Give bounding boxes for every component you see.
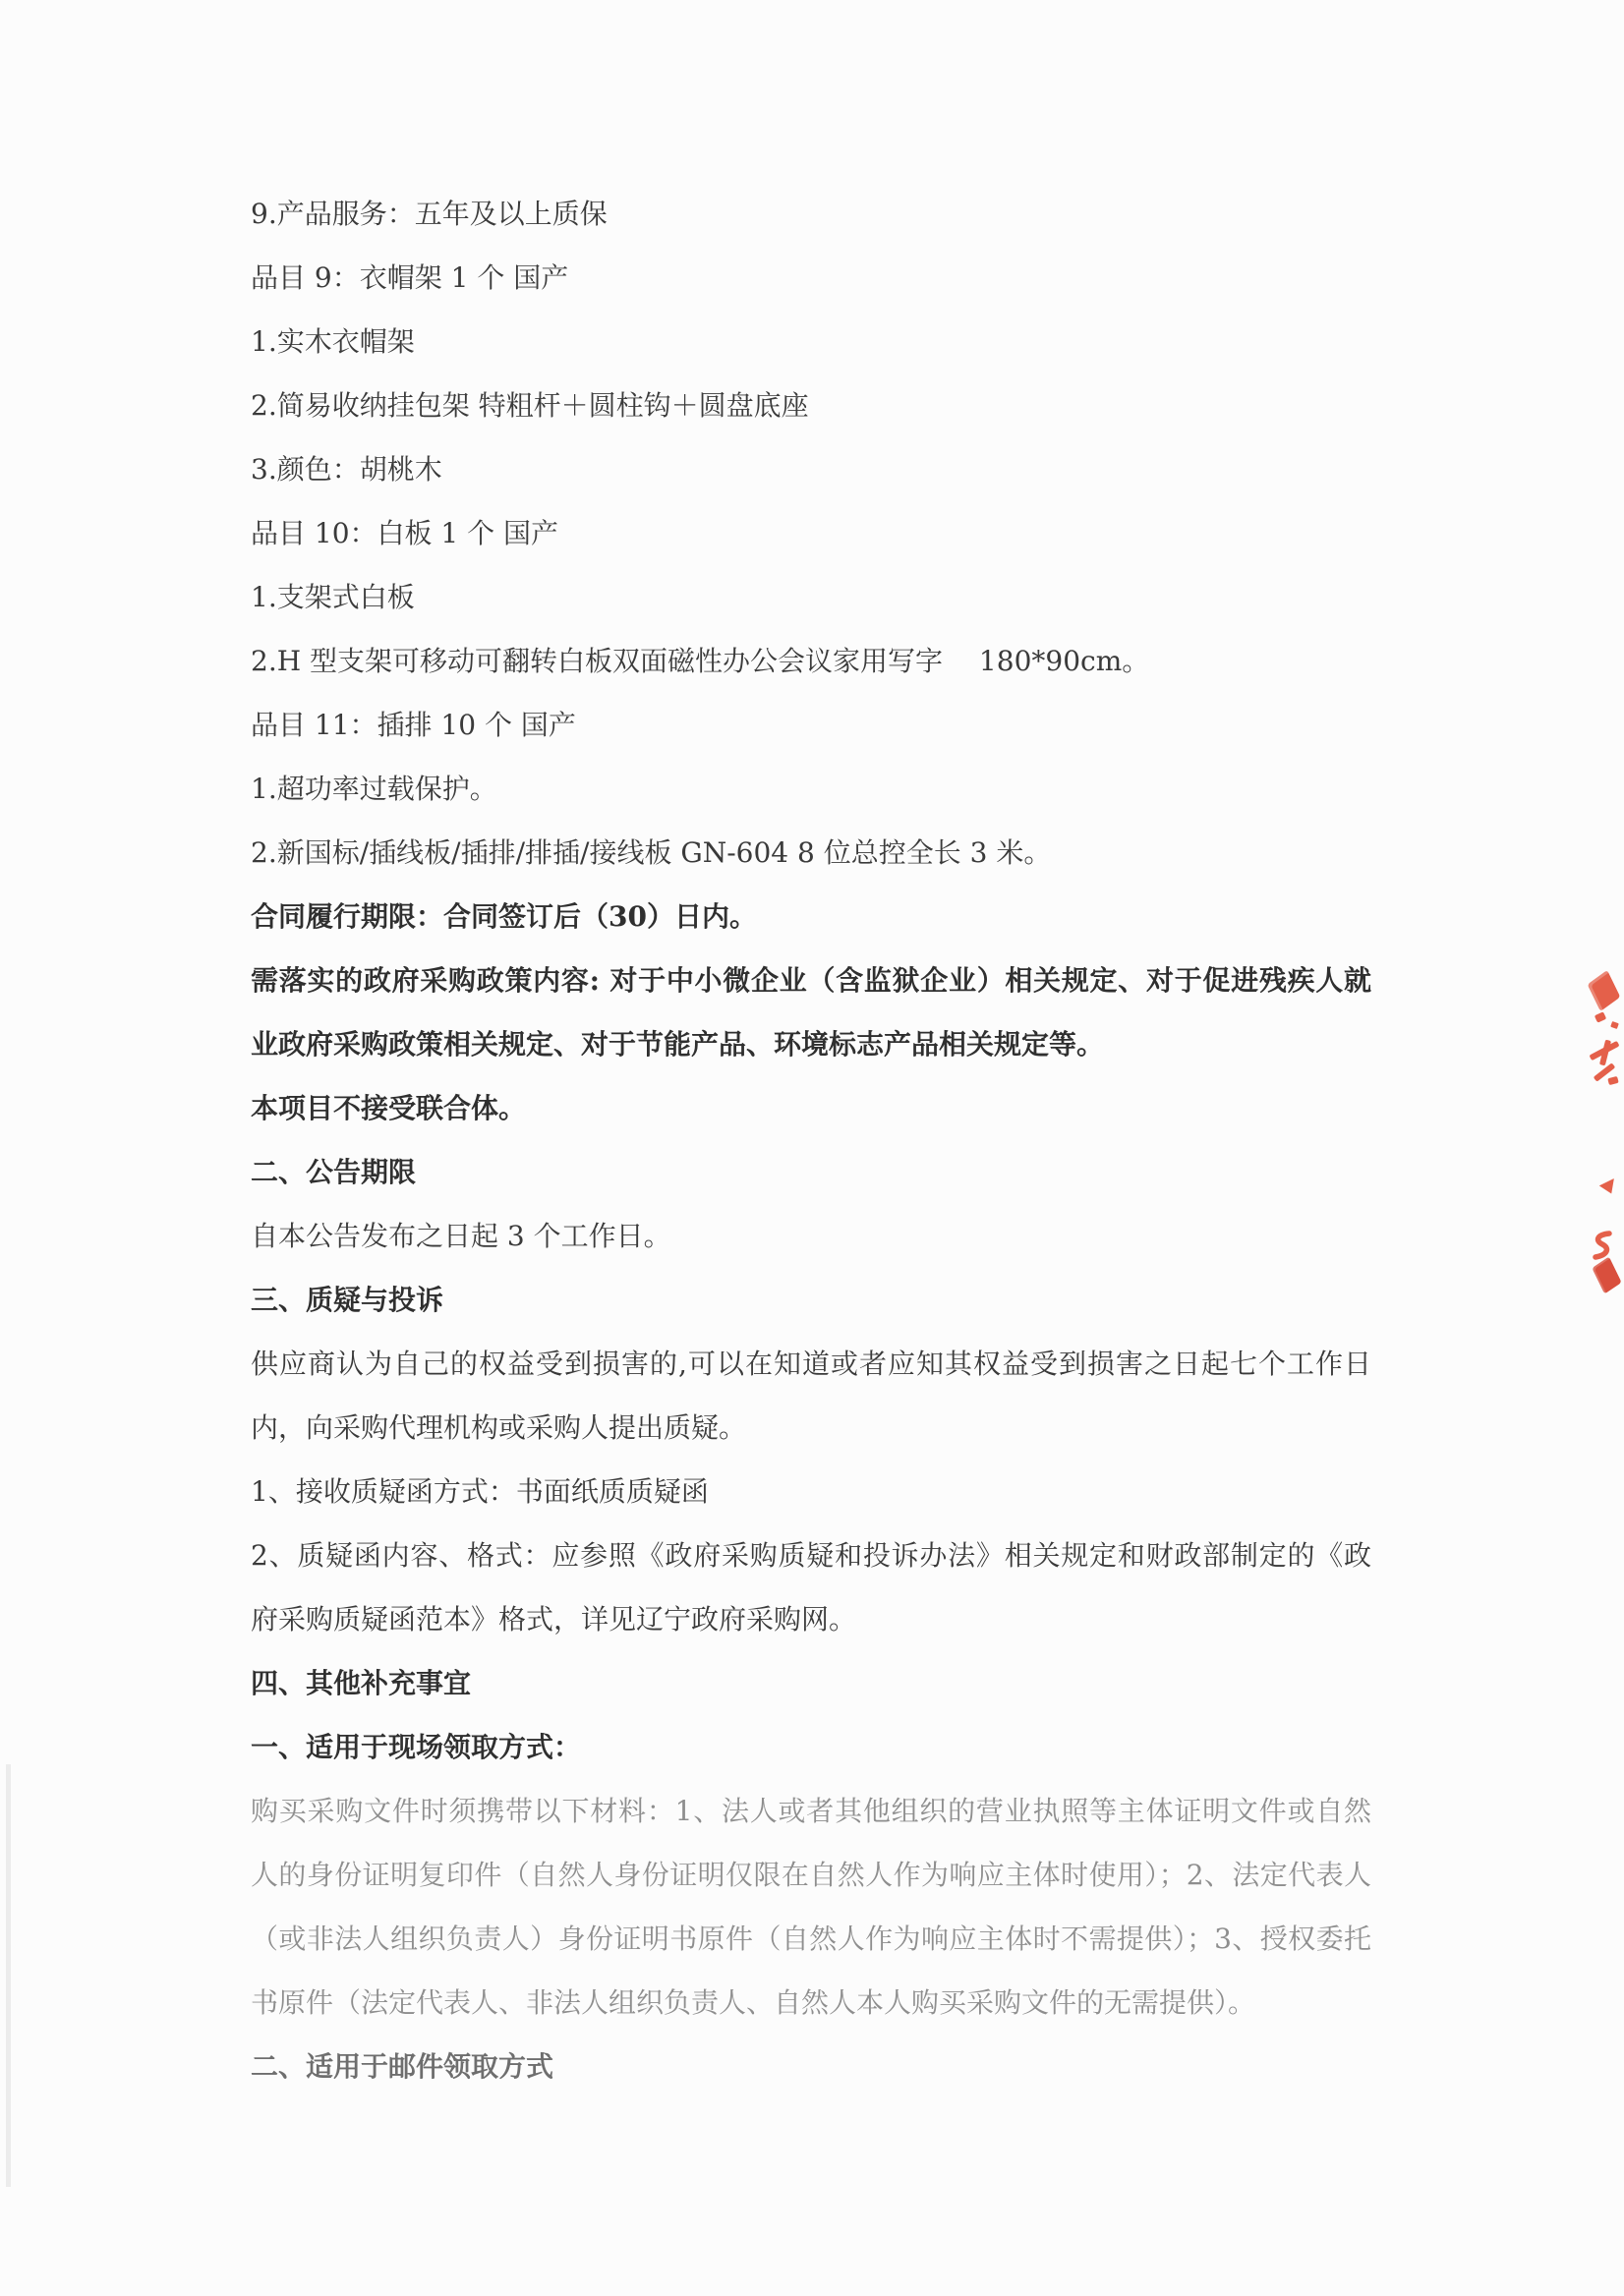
stamp-fragment-wedge [1598, 1178, 1616, 1195]
document-line: 供应商认为自己的权益受到损害的,可以在知道或者应知其权益受到损害之日起七个工作日 [251, 1332, 1371, 1396]
stamp-curve-icon [1591, 1231, 1614, 1260]
document-line: 品目 10：白板 1 个 国产 [251, 501, 1371, 565]
document-line: 1、接收质疑函方式：书面纸质质疑函 [251, 1460, 1371, 1523]
scanner-edge-strip [6, 1764, 11, 2187]
document-line: 需落实的政府采购政策内容: 对于中小微企业（含监狱企业）相关规定、对于促进残疾人… [251, 948, 1371, 1012]
document-line: 书原件（法定代表人、非法人组织负责人、自然人本人购买采购文件的无需提供）。 [251, 1971, 1371, 2035]
document-line: 一、适用于现场领取方式： [251, 1715, 1371, 1779]
document-line: 品目 11：插排 10 个 国产 [251, 693, 1371, 757]
document-line: 本项目不接受联合体。 [251, 1076, 1371, 1140]
stamp-fragment-curve [1591, 1231, 1614, 1260]
stamp-fragment-stroke [1607, 1076, 1618, 1085]
document-line: 1.支架式白板 [251, 565, 1371, 629]
document-line: 合同履行期限：合同签订后（30）日内。 [251, 885, 1371, 948]
document-line: 2.简易收纳挂包架 特粗杆＋圆柱钩＋圆盘底座 [251, 373, 1371, 437]
stamp-fragment-top-block [1588, 970, 1621, 1011]
stamp-fragment-bottom-block [1592, 1256, 1621, 1293]
document-line: 三、质疑与投诉 [251, 1268, 1371, 1332]
document-line: 人的身份证明复印件（自然人身份证明仅限在自然人作为响应主体时使用）；2、法定代表… [251, 1843, 1371, 1907]
document-line: 内，向采购代理机构或采购人提出质疑。 [251, 1396, 1371, 1460]
document-line: 府采购质疑函范本》格式，详见辽宁政府采购网。 [251, 1587, 1371, 1651]
document-line: 二、公告期限 [251, 1140, 1371, 1204]
document-line: 3.颜色：胡桃木 [251, 437, 1371, 501]
document-line: 2、质疑函内容、格式：应参照《政府采购质疑和投诉办法》相关规定和财政部制定的《政 [251, 1523, 1371, 1587]
document-line: 品目 9：衣帽架 1 个 国产 [251, 246, 1371, 310]
document-line: 业政府采购政策相关规定、对于节能产品、环境标志产品相关规定等。 [251, 1012, 1371, 1076]
document-line: 2.新国标/插线板/插排/排插/接线板 GN-604 8 位总控全长 3 米。 [251, 821, 1371, 885]
stamp-fragment-stroke [1599, 1040, 1611, 1066]
document-line: 二、适用于邮件领取方式 [251, 2035, 1371, 2098]
document-body: 9.产品服务：五年及以上质保品目 9：衣帽架 1 个 国产1.实木衣帽架2.简易… [251, 182, 1371, 2098]
document-line: （或非法人组织负责人）身份证明书原件（自然人作为响应主体时不需提供）；3、授权委… [251, 1907, 1371, 1971]
document-line: 1.超功率过载保护。 [251, 757, 1371, 821]
stamp-fragment-dot [1610, 1021, 1619, 1029]
stamp-fragment-dot [1595, 1011, 1606, 1022]
document-line: 2.H 型支架可移动可翻转白板双面磁性办公会议家用写字 180*90cm。 [251, 629, 1371, 693]
document-line: 购买采购文件时须携带以下材料：1、法人或者其他组织的营业执照等主体证明文件或自然 [251, 1779, 1371, 1843]
document-line: 自本公告发布之日起 3 个工作日。 [251, 1204, 1371, 1268]
document-line: 四、其他补充事宜 [251, 1651, 1371, 1715]
page: { "page": { "background": "#fcfcfc", "te… [0, 0, 1624, 2296]
document-line: 1.实木衣帽架 [251, 310, 1371, 373]
document-line: 9.产品服务：五年及以上质保 [251, 182, 1371, 246]
